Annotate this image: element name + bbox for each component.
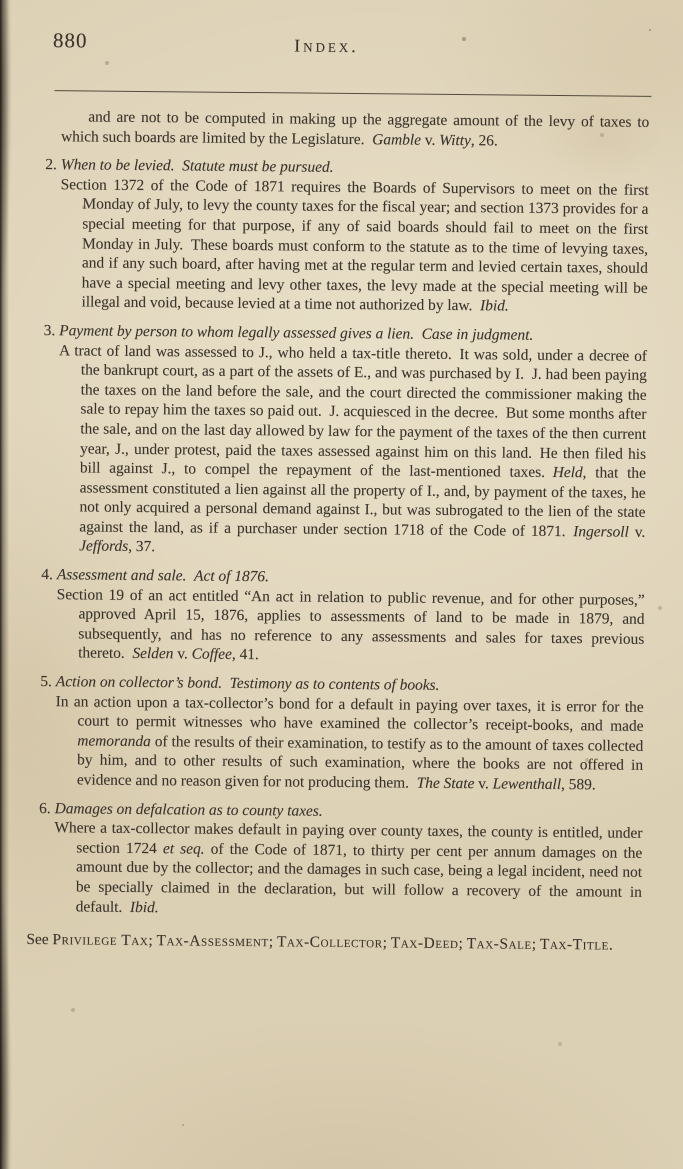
text-segment: The State	[417, 775, 475, 793]
text-segment: Tax-Deed	[391, 935, 459, 953]
text-segment: ;	[269, 933, 277, 950]
text-segment: Tax-Sale	[467, 935, 532, 953]
text-segment: Ibid.	[480, 298, 509, 315]
text-segment: Payment by person to whom legally assess…	[59, 322, 533, 344]
text-segment: , 589.	[561, 776, 596, 793]
text-segment: and are not to be computed in making up …	[61, 108, 649, 147]
text-segment: , 41.	[232, 646, 259, 663]
entry-body: Section 19 of an act entitled “An act in…	[56, 585, 645, 669]
text-segment: Jeffords	[79, 538, 128, 555]
index-entry: 6.Damages on defalcation as to county ta…	[54, 799, 643, 922]
text-segment: Tax-Collector	[277, 933, 383, 951]
text-segment: ;	[532, 936, 540, 953]
text-segment: v.	[629, 524, 646, 541]
text-segment: Privilege Tax	[52, 931, 148, 949]
text-segment: v.	[474, 775, 492, 792]
entry-body: Section 1372 of the Code of 1871 require…	[59, 175, 648, 318]
text-segment: Damages on defalcation as to county taxe…	[55, 800, 323, 820]
index-entry: 2.When to be levied. Statute must be pur…	[59, 155, 648, 317]
text-segment: Held	[553, 464, 583, 481]
text-segment: Action on collector’s bond. Testimony as…	[56, 673, 440, 694]
text-segment: Witty	[439, 131, 471, 148]
entry-body: In an action upon a tax-collector’s bond…	[55, 692, 644, 796]
header-rule	[55, 90, 652, 97]
text-segment: Gamble	[372, 131, 421, 148]
entry-body: and are not to be computed in making up …	[61, 107, 649, 152]
entry-body: Where a tax-collector makes default in p…	[54, 818, 643, 922]
scanned-book-page: 880 Index. and are not to be computed in…	[0, 0, 683, 1169]
text-segment: Section 1372 of the Code of 1871 require…	[61, 176, 649, 315]
text-segment: Tax-Assessment	[156, 932, 268, 950]
text-segment: Ibid.	[130, 898, 159, 915]
text-segment: .	[609, 937, 613, 954]
index-entry: 5.Action on collector’s bond. Testimony …	[55, 672, 644, 795]
text-segment: A tract of land was assessed to J., who …	[59, 342, 647, 481]
text-segment: , 37.	[128, 538, 155, 555]
text-segment: When to be levied. Statute must be pursu…	[61, 156, 334, 176]
index-entry: 4.Assessment and sale. Act of 1876.Secti…	[56, 565, 645, 669]
entry-body: A tract of land was assessed to J., who …	[57, 341, 647, 562]
page-header-title: Index.	[0, 33, 653, 60]
text-segment: In an action upon a tax-collector’s bond…	[56, 693, 644, 735]
text-segment: Coffee	[192, 646, 232, 663]
entry-number: 2.	[35, 155, 57, 175]
text-segment: Selden	[132, 645, 173, 662]
index-entry: and are not to be computed in making up …	[61, 107, 649, 152]
text-segment: , 26.	[471, 132, 498, 149]
text-segment: Tax-Title	[540, 936, 609, 954]
text-segment: et seq.	[163, 840, 205, 857]
text-segment: v.	[173, 646, 191, 663]
entry-number: 6.	[29, 799, 51, 819]
index-entries: and are not to be computed in making up …	[54, 107, 650, 922]
text-segment: Ingersoll	[573, 523, 629, 541]
index-entry: 3.Payment by person to whom legally asse…	[57, 321, 647, 562]
entry-number: 5.	[30, 672, 52, 692]
text-segment: Lewenthall	[493, 775, 562, 793]
entry-number: 3.	[33, 321, 55, 341]
entry-number: 4.	[31, 565, 53, 585]
see-reference: See Privilege Tax; Tax-Assessment; Tax-C…	[26, 929, 671, 956]
text-segment: v.	[421, 131, 439, 148]
page-content: 880 Index. and are not to be computed in…	[0, 0, 683, 956]
text-segment: memoranda	[77, 732, 151, 750]
text-segment: Assessment and sale. Act of 1876.	[57, 566, 269, 585]
page-header: 880 Index.	[0, 0, 683, 74]
text-segment: See	[26, 931, 52, 948]
